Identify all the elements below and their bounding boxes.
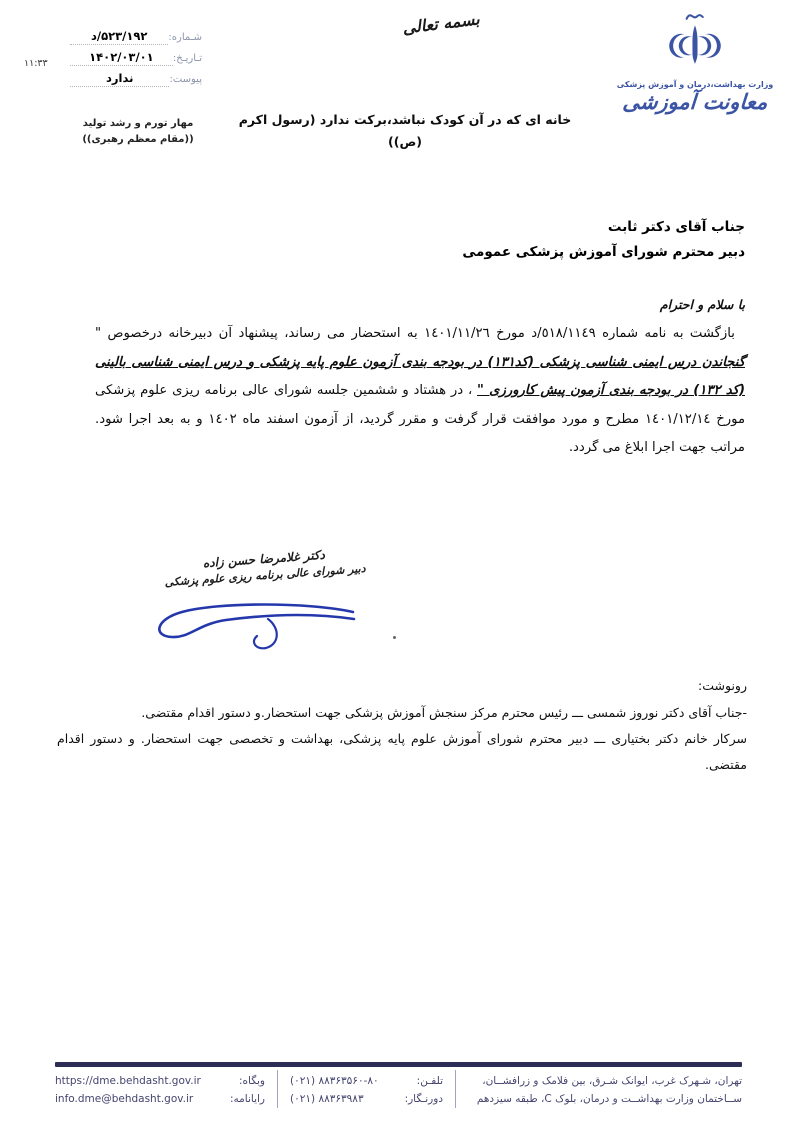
body-text-segment: بازگشت به نامه شماره ٥١٨/١١٤٩/د مورخ ١٤٠…: [95, 326, 735, 341]
hadith-quote: خانه ای که در آن کودک نباشد،برکت ندارد (…: [150, 109, 660, 153]
ministry-name: وزارت بهداشت،درمان و آموزش پزشکی: [600, 80, 790, 89]
email-address: info.dme@behdasht.gov.ir: [55, 1090, 193, 1108]
letter-meta-row: پیوست:ندارد: [70, 72, 202, 87]
fax-label: دورنـگار:: [405, 1090, 443, 1108]
signature-block: دکتر غلامرضا حسن زاده دبیر شورای عالی بر…: [161, 544, 368, 591]
address-line-2: ســاختمان وزارت بهداشــت و درمان، بلوک C…: [466, 1090, 742, 1108]
footer-divider-bar: [55, 1062, 742, 1067]
website-row: وبگاه: https://dme.behdasht.gov.ir: [55, 1072, 265, 1090]
handwritten-signature: [148, 592, 363, 654]
letter-meta-row: تـاریـخ:۱۴۰۲/۰۳/۰۱: [70, 51, 202, 66]
ink-dot: [393, 636, 396, 639]
official-letter-page: ۱۱:۳۳ شـماره:۵۲۳/۱۹۲/دتـاریـخ:۱۴۰۲/۰۳/۰۱…: [0, 0, 797, 1128]
deputy-name-calligraphy: معاونت آموزشی: [599, 90, 791, 114]
meta-value: ندارد: [70, 72, 169, 87]
website-label: وبگاه:: [239, 1072, 265, 1090]
footer-phones: تلفـن: ۸۸۳۶۳۵۶۰-۸۰ (۰۲۱) دورنـگار: ۸۸۳۶۳…: [277, 1070, 455, 1108]
cc-items: -جناب آقای دکتر نوروز شمسی ـــ رئیس محتر…: [57, 700, 747, 778]
cc-heading: رونوشت:: [57, 673, 747, 699]
meta-label: پیوست:: [169, 73, 202, 87]
website-url: https://dme.behdasht.gov.ir: [55, 1072, 201, 1090]
hadith-quote-line-2: (ص)): [150, 131, 660, 153]
footer-contact-strip: تهران، شـهرک غرب، ایوانک شـرق، بین فلامک…: [55, 1070, 742, 1108]
footer-web: وبگاه: https://dme.behdasht.gov.ir رایان…: [55, 1070, 277, 1108]
letter-body: بازگشت به نامه شماره ٥١٨/١١٤٩/د مورخ ١٤٠…: [95, 320, 745, 463]
meta-value: ۵۲۳/۱۹۲/د: [70, 30, 168, 45]
footer-address: تهران، شـهرک غرب، ایوانک شـرق، بین فلامک…: [455, 1070, 742, 1108]
hadith-quote-line-1: خانه ای که در آن کودک نباشد،برکت ندارد (…: [150, 109, 660, 131]
fax-number: ۸۸۳۶۳۹۸۳ (۰۲۱): [290, 1090, 364, 1108]
letterhead-logo: وزارت بهداشت،درمان و آموزش پزشکی معاونت …: [600, 8, 790, 114]
phone-row: تلفـن: ۸۸۳۶۳۵۶۰-۸۰ (۰۲۱): [290, 1072, 443, 1090]
email-row: رایانامه: info.dme@behdasht.gov.ir: [55, 1090, 265, 1108]
recipient-block: جناب آقای دکتر ثابت دبیر محترم شورای آمو…: [462, 215, 745, 265]
iran-emblem-icon: [668, 8, 722, 74]
cc-item: -جناب آقای دکتر نوروز شمسی ـــ رئیس محتر…: [57, 700, 747, 726]
cc-item: سرکار خانم دکتر بختیاری ـــ دبیر محترم ش…: [57, 726, 747, 778]
meta-label: شـماره:: [168, 31, 202, 45]
phone-number: ۸۸۳۶۳۵۶۰-۸۰ (۰۲۱): [290, 1072, 379, 1090]
phone-label: تلفـن:: [417, 1072, 443, 1090]
recipient-name: جناب آقای دکتر ثابت: [462, 215, 745, 240]
cc-section: رونوشت: -جناب آقای دکتر نوروز شمسی ـــ ر…: [57, 673, 747, 778]
letter-meta-block: شـماره:۵۲۳/۱۹۲/دتـاریـخ:۱۴۰۲/۰۳/۰۱پیوست:…: [70, 30, 202, 93]
meta-value: ۱۴۰۲/۰۳/۰۱: [70, 51, 173, 66]
address-line-1: تهران، شـهرک غرب، ایوانک شـرق، بین فلامک…: [466, 1072, 742, 1090]
salutation: با سلام و احترام: [660, 297, 745, 312]
letter-meta-rows: شـماره:۵۲۳/۱۹۲/دتـاریـخ:۱۴۰۲/۰۳/۰۱پیوست:…: [70, 30, 202, 87]
email-label: رایانامه:: [230, 1090, 265, 1108]
meta-label: تـاریـخ:: [173, 52, 202, 66]
bismillah-calligraphy: بسمه تعالی: [395, 9, 487, 39]
fax-row: دورنـگار: ۸۸۳۶۳۹۸۳ (۰۲۱): [290, 1090, 443, 1108]
letter-meta-row: شـماره:۵۲۳/۱۹۲/د: [70, 30, 202, 45]
recipient-title: دبیر محترم شورای آموزش پزشکی عمومی: [462, 240, 745, 265]
print-timestamp: ۱۱:۳۳: [24, 58, 48, 69]
